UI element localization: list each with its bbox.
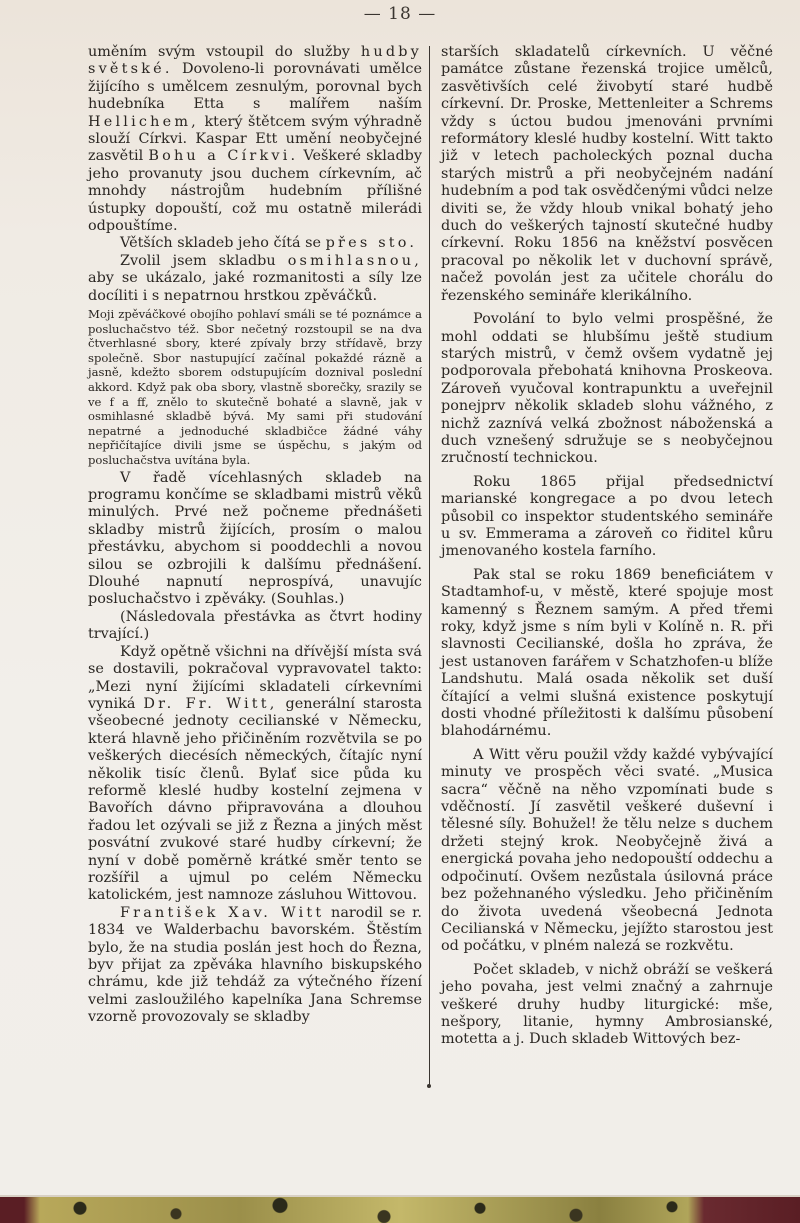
left-column: uměním svým vstoupil do služby hudby svě…	[88, 44, 422, 1027]
text-run: Zvolil jsem skladbu	[120, 253, 288, 269]
text-run: uměním svým vstoupil do služby	[88, 44, 361, 60]
spaced-emphasis: Dr. Fr. Witt,	[143, 696, 277, 712]
paragraph: František Xav. Witt narodil se r. 1834 v…	[88, 905, 422, 1027]
paragraph: Roku 1865 přijal předsednictví marianské…	[441, 474, 773, 561]
spaced-emphasis: osmihlasnou,	[288, 253, 422, 269]
spaced-emphasis: František Xav. Witt	[120, 905, 324, 921]
column-divider	[429, 46, 430, 1086]
page-number: — 18 —	[0, 4, 800, 24]
text-run: aby se ukázalo, jaké rozmanitosti a síly…	[88, 270, 422, 303]
paragraph: (Následovala přestávka as čtvrt hodiny t…	[88, 609, 422, 644]
paragraph: Povolání to bylo velmi prospěšné, že moh…	[441, 311, 773, 468]
paragraph: Zvolil jsem skladbu osmihlasnou, aby se …	[88, 253, 422, 305]
paragraph: V řadě vícehlasných skladeb na programu …	[88, 470, 422, 609]
paragraph: Počet skladeb, v nichž obráží se veškerá…	[441, 962, 773, 1049]
column-divider-end	[427, 1084, 431, 1088]
spaced-emphasis: Hellichem,	[88, 114, 199, 130]
scanned-page: — 18 — uměním svým vstoupil do služby hu…	[0, 0, 800, 1195]
paragraph: A Witt věru použil vždy každé vybývající…	[441, 747, 773, 956]
paragraph: Pak stal se roku 1869 beneficiátem v Sta…	[441, 567, 773, 741]
paragraph: Když opětně všichni na dřívější místa sv…	[88, 644, 422, 905]
spaced-emphasis: Bohu a Církvi.	[148, 148, 298, 164]
paragraph: uměním svým vstoupil do služby hudby svě…	[88, 44, 422, 235]
small-print-note: Moji zpěváčkové obojího pohlaví smáli se…	[88, 307, 422, 468]
marbled-book-edge	[0, 1195, 800, 1223]
paragraph: starších skladatelů církevních. U věčné …	[441, 44, 773, 305]
right-column: starších skladatelů církevních. U věčné …	[441, 44, 773, 1049]
spaced-emphasis: přes sto.	[326, 235, 418, 251]
paragraph: Větších skladeb jeho čítá se přes sto.	[88, 235, 422, 252]
text-run: narodil se r. 1834 ve Walderbachu bavors…	[88, 905, 422, 1025]
text-run: generální starosta všeobecné jednoty cec…	[88, 696, 422, 903]
text-run: Větších skladeb jeho čítá se	[120, 235, 326, 251]
